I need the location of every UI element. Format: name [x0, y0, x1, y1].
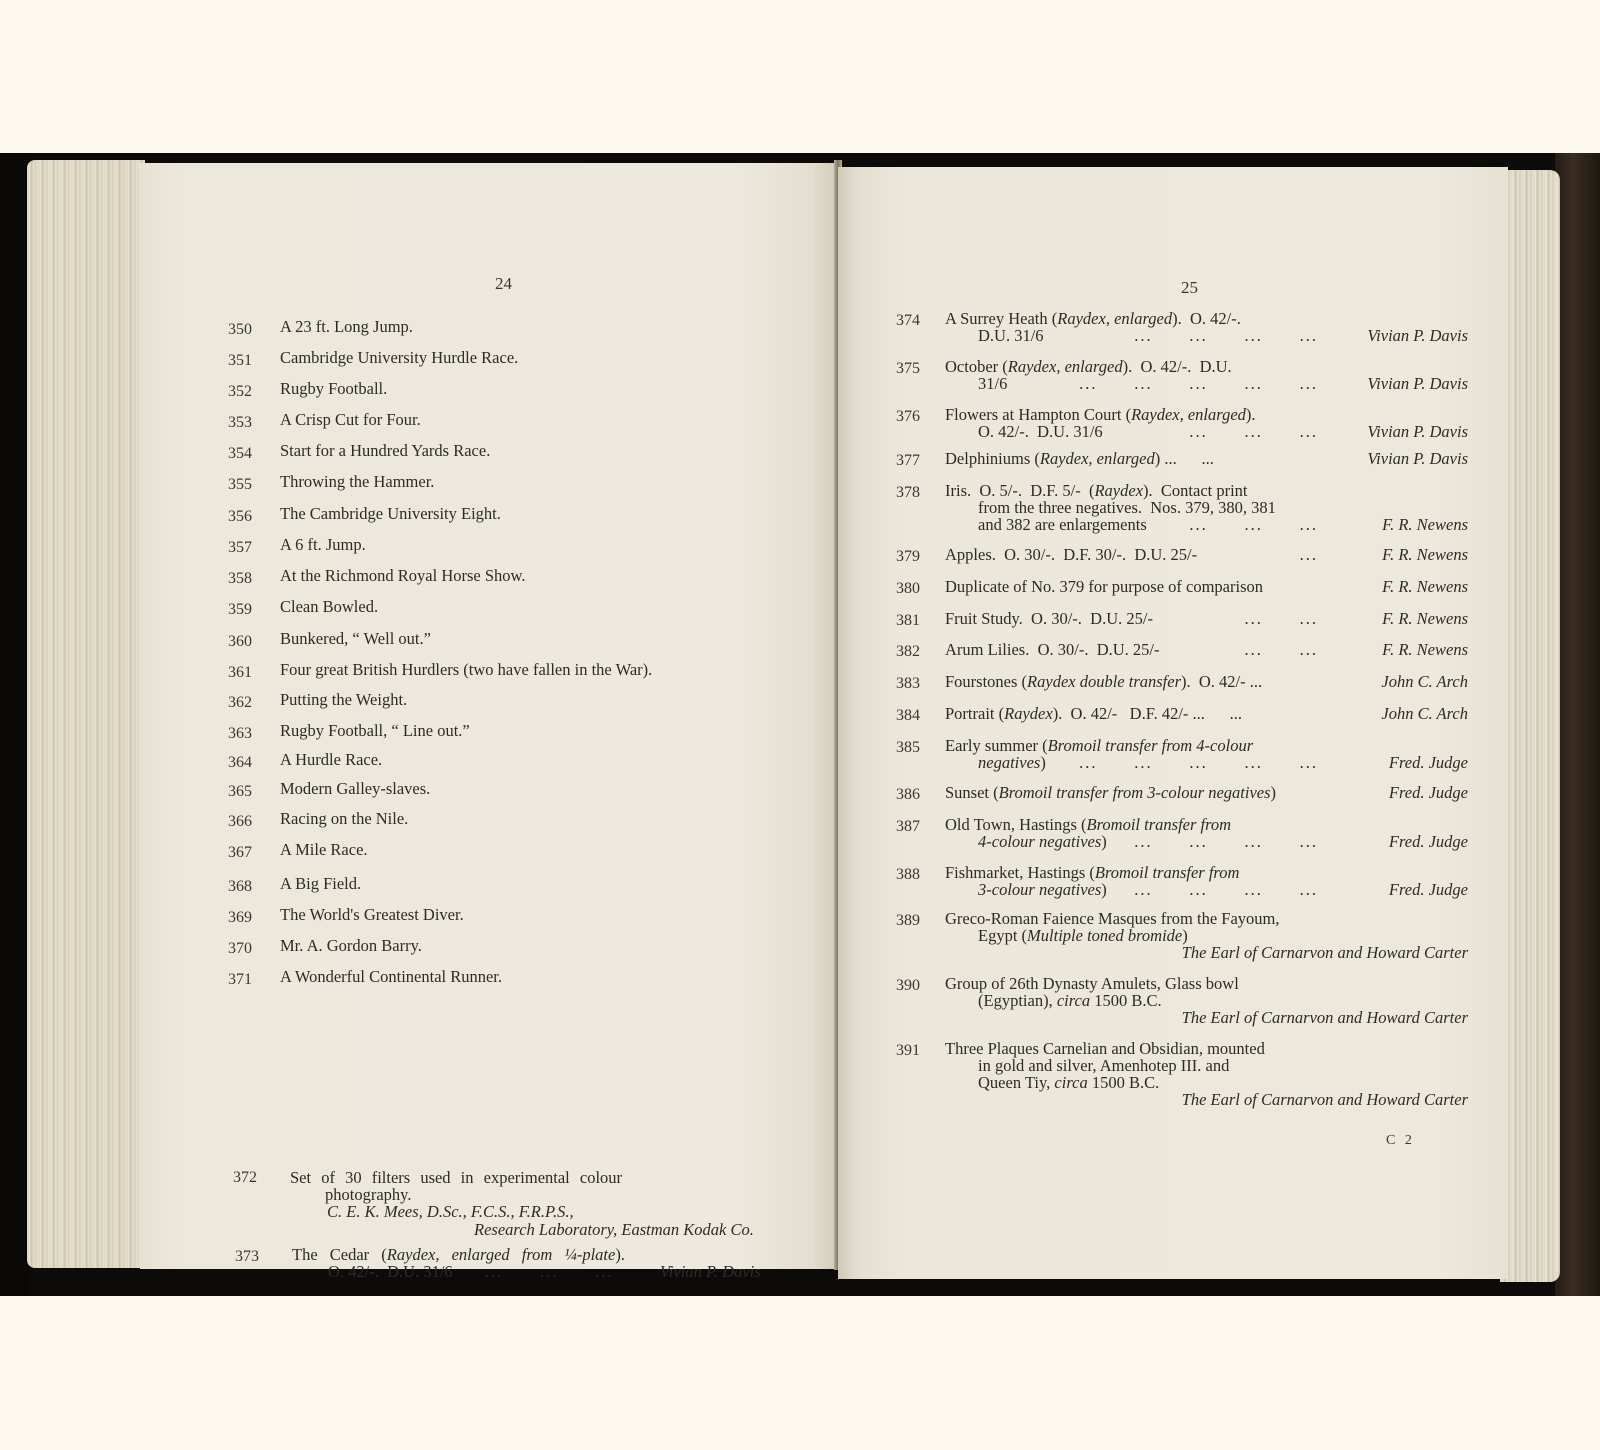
entry-credit: Vivian P. Davis	[1367, 375, 1468, 392]
entry-credit: Fred. Judge	[1389, 833, 1468, 850]
entry-title: Clean Bowled.	[280, 598, 378, 615]
entry-number: 357	[228, 539, 252, 556]
entry-title: Group of 26th Dynasty Amulets, Glass bow…	[945, 975, 1239, 992]
entry-number: 383	[896, 675, 920, 692]
entry-credit: F. R. Newens	[1382, 610, 1468, 627]
entry-title-cont: and 382 are enlargements	[978, 516, 1147, 533]
entry-title: Fourstones (Raydex double transfer). O. …	[945, 673, 1262, 690]
entry-number: 358	[228, 570, 252, 587]
page-edges-right	[1500, 170, 1560, 1282]
entry-credit: Fred. Judge	[1389, 784, 1468, 801]
entry-credit: F. R. Newens	[1382, 516, 1468, 533]
entry-title: Portrait (Raydex). O. 42/- D.F. 42/- ...…	[945, 705, 1242, 722]
entry-number: 359	[228, 601, 252, 618]
entry-number: 354	[228, 445, 252, 462]
entry-title: A Crisp Cut for Four.	[280, 411, 421, 428]
entry-title: Start for a Hundred Yards Race.	[280, 442, 490, 459]
page-number: 25	[1181, 278, 1198, 298]
entry-title-cont: Queen Tiy, circa 1500 B.C.	[978, 1074, 1159, 1091]
entry-title: Fruit Study. O. 30/-. D.U. 25/-	[945, 610, 1153, 627]
entry-title-cont: D.U. 31/6	[978, 327, 1044, 344]
entry-number: 389	[896, 912, 920, 929]
entry-title-cont: 4-colour negatives)	[978, 833, 1107, 850]
book-cover-left	[0, 153, 30, 1296]
entry-title-cont: O. 42/-. D.U. 31/6	[978, 423, 1103, 440]
entry-title: Early summer (Bromoil transfer from 4-co…	[945, 737, 1253, 754]
entry-number: 352	[228, 383, 252, 400]
entry-title: Delphiniums (Raydex, enlarged) ... ...	[945, 450, 1214, 467]
entry-credit: Fred. Judge	[1389, 754, 1468, 771]
entry-title: Sunset (Bromoil transfer from 3-colour n…	[945, 784, 1276, 801]
entry-credit: The Earl of Carnarvon and Howard Carter	[1182, 1091, 1468, 1108]
entry-number: 363	[228, 725, 252, 742]
leader-dots: ... ... ... ...	[1134, 881, 1318, 898]
leader-dots: ... ... ...	[485, 1263, 614, 1280]
entry-title: Arum Lilies. O. 30/-. D.U. 25/-	[945, 641, 1159, 658]
entry-number: 382	[896, 643, 920, 660]
entry-number: 355	[228, 476, 252, 493]
entry-number: 378	[896, 484, 920, 501]
entry-number: 381	[896, 612, 920, 629]
entry-number: 374	[896, 312, 920, 329]
entry-title: The Cambridge University Eight.	[280, 505, 501, 522]
entry-title-cont: in gold and silver, Amenhotep III. and	[978, 1057, 1229, 1074]
entry-number: 366	[228, 813, 252, 830]
entry-title: Rugby Football, “ Line out.”	[280, 722, 470, 739]
entry-credit: F. R. Newens	[1382, 546, 1468, 563]
entry-title: Bunkered, “ Well out.”	[280, 630, 431, 647]
signature-mark: C 2	[1386, 1133, 1415, 1149]
entry-credit: Fred. Judge	[1389, 881, 1468, 898]
entry-number: 375	[896, 360, 920, 377]
leader-dots: ... ... ... ...	[1134, 833, 1318, 850]
entry-credit: Vivian P. Davis	[660, 1263, 761, 1280]
entry-title: Greco-Roman Faience Masques from the Fay…	[945, 910, 1280, 927]
entry-number: 384	[896, 707, 920, 724]
entry-title-cont: Egypt (Multiple toned bromide)	[978, 927, 1188, 944]
entry-title-cont: photography.	[325, 1186, 411, 1203]
entry-title: Three Plaques Carnelian and Obsidian, mo…	[945, 1040, 1265, 1057]
entry-number: 350	[228, 321, 252, 338]
entry-number: 373	[235, 1248, 259, 1265]
leader-dots: ... ... ... ... ...	[1079, 375, 1318, 392]
book-cover-right	[1555, 153, 1600, 1296]
entry-title: Throwing the Hammer.	[280, 473, 434, 490]
entry-title: Putting the Weight.	[280, 691, 407, 708]
entry-credit: John C. Arch	[1381, 705, 1468, 722]
entry-title: Flowers at Hampton Court (Raydex, enlarg…	[945, 406, 1256, 423]
entry-title: Old Town, Hastings (Bromoil transfer fro…	[945, 816, 1231, 833]
entry-prices: O. 42/-. D.U. 31/6	[328, 1263, 453, 1280]
entry-credit-affiliation: Research Laboratory, Eastman Kodak Co.	[474, 1221, 754, 1238]
entry-title: The World's Greatest Diver.	[280, 906, 464, 923]
entry-number: 380	[896, 580, 920, 597]
entry-credit: Vivian P. Davis	[1367, 423, 1468, 440]
leader-dots: ...	[1300, 546, 1318, 563]
entry-number: 387	[896, 818, 920, 835]
entry-number: 356	[228, 508, 252, 525]
entry-credit: F. R. Newens	[1382, 641, 1468, 658]
entry-number: 370	[228, 940, 252, 957]
entry-credit: The Earl of Carnarvon and Howard Carter	[1182, 944, 1468, 961]
entry-title-cont: negatives)	[978, 754, 1046, 771]
entry-credit: F. R. Newens	[1382, 578, 1468, 595]
entry-number: 368	[228, 878, 252, 895]
entry-title-cont: from the three negatives. Nos. 379, 380,…	[978, 499, 1276, 516]
leader-dots: ... ... ...	[1189, 516, 1318, 533]
leader-dots: ... ... ... ... ...	[1079, 754, 1318, 771]
entry-credit: Vivian P. Davis	[1367, 327, 1468, 344]
entry-title: A Surrey Heath (Raydex, enlarged). O. 42…	[945, 310, 1241, 327]
entry-number: 371	[228, 971, 252, 988]
entry-number: 372	[233, 1169, 257, 1186]
entry-number: 377	[896, 452, 920, 469]
entry-title-cont: 3-colour negatives)	[978, 881, 1107, 898]
entry-title: Apples. O. 30/-. D.F. 30/-. D.U. 25/-	[945, 546, 1197, 563]
entry-number: 364	[228, 754, 252, 771]
entry-title: A Wonderful Continental Runner.	[280, 968, 502, 985]
entry-credit: John C. Arch	[1381, 673, 1468, 690]
entry-title: A 6 ft. Jump.	[280, 536, 366, 553]
entry-title: Mr. A. Gordon Barry.	[280, 937, 422, 954]
page-edges-left	[27, 160, 145, 1268]
entry-number: 362	[228, 694, 252, 711]
entry-title-cont: 31/6	[978, 375, 1007, 392]
entry-title: A Big Field.	[280, 875, 361, 892]
entry-number: 390	[896, 977, 920, 994]
entry-title: Rugby Football.	[280, 380, 387, 397]
left-page: 24 350A 23 ft. Long Jump.351Cambridge Un…	[140, 163, 840, 1269]
entry-number: 361	[228, 664, 252, 681]
entry-title: A Hurdle Race.	[280, 751, 382, 768]
entry-title-cont: (Egyptian), circa 1500 B.C.	[978, 992, 1162, 1009]
entry-title: Set of 30 filters used in experimental c…	[290, 1169, 622, 1186]
entry-number: 365	[228, 783, 252, 800]
entry-number: 386	[896, 786, 920, 803]
entry-credit: Vivian P. Davis	[1367, 450, 1468, 467]
entry-title: Fishmarket, Hastings (Bromoil transfer f…	[945, 864, 1239, 881]
entry-title: Cambridge University Hurdle Race.	[280, 349, 518, 366]
entry-number: 353	[228, 414, 252, 431]
entry-number: 360	[228, 633, 252, 650]
leader-dots: ... ...	[1245, 610, 1319, 627]
entry-title: Modern Galley-slaves.	[280, 780, 430, 797]
right-page: 25 374A Surrey Heath (Raydex, enlarged).…	[838, 167, 1508, 1279]
page-number: 24	[495, 274, 512, 294]
entry-title: Racing on the Nile.	[280, 810, 408, 827]
entry-title: Duplicate of No. 379 for purpose of comp…	[945, 578, 1263, 595]
leader-dots: ... ... ...	[1189, 423, 1318, 440]
entry-credit: The Earl of Carnarvon and Howard Carter	[1182, 1009, 1468, 1026]
entry-number: 376	[896, 408, 920, 425]
entry-number: 367	[228, 844, 252, 861]
leader-dots: ... ... ... ...	[1134, 327, 1318, 344]
entry-number: 379	[896, 548, 920, 565]
entry-title: Four great British Hurdlers (two have fa…	[280, 661, 652, 678]
entry-number: 388	[896, 866, 920, 883]
leader-dots: ... ...	[1245, 641, 1319, 658]
entry-title: At the Richmond Royal Horse Show.	[280, 567, 526, 584]
entry-title: Iris. O. 5/-. D.F. 5/- (Raydex). Contact…	[945, 482, 1248, 499]
entry-number: 385	[896, 739, 920, 756]
entry-title: A Mile Race.	[280, 841, 368, 858]
entry-title: October (Raydex, enlarged). O. 42/-. D.U…	[945, 358, 1232, 375]
entry-number: 369	[228, 909, 252, 926]
entry-title: A 23 ft. Long Jump.	[280, 318, 413, 335]
entry-credit: C. E. K. Mees, D.Sc., F.C.S., F.R.P.S.,	[327, 1203, 574, 1220]
entry-title: The Cedar (Raydex, enlarged from ¼-plate…	[292, 1246, 625, 1263]
entry-number: 351	[228, 352, 252, 369]
entry-number: 391	[896, 1042, 920, 1059]
